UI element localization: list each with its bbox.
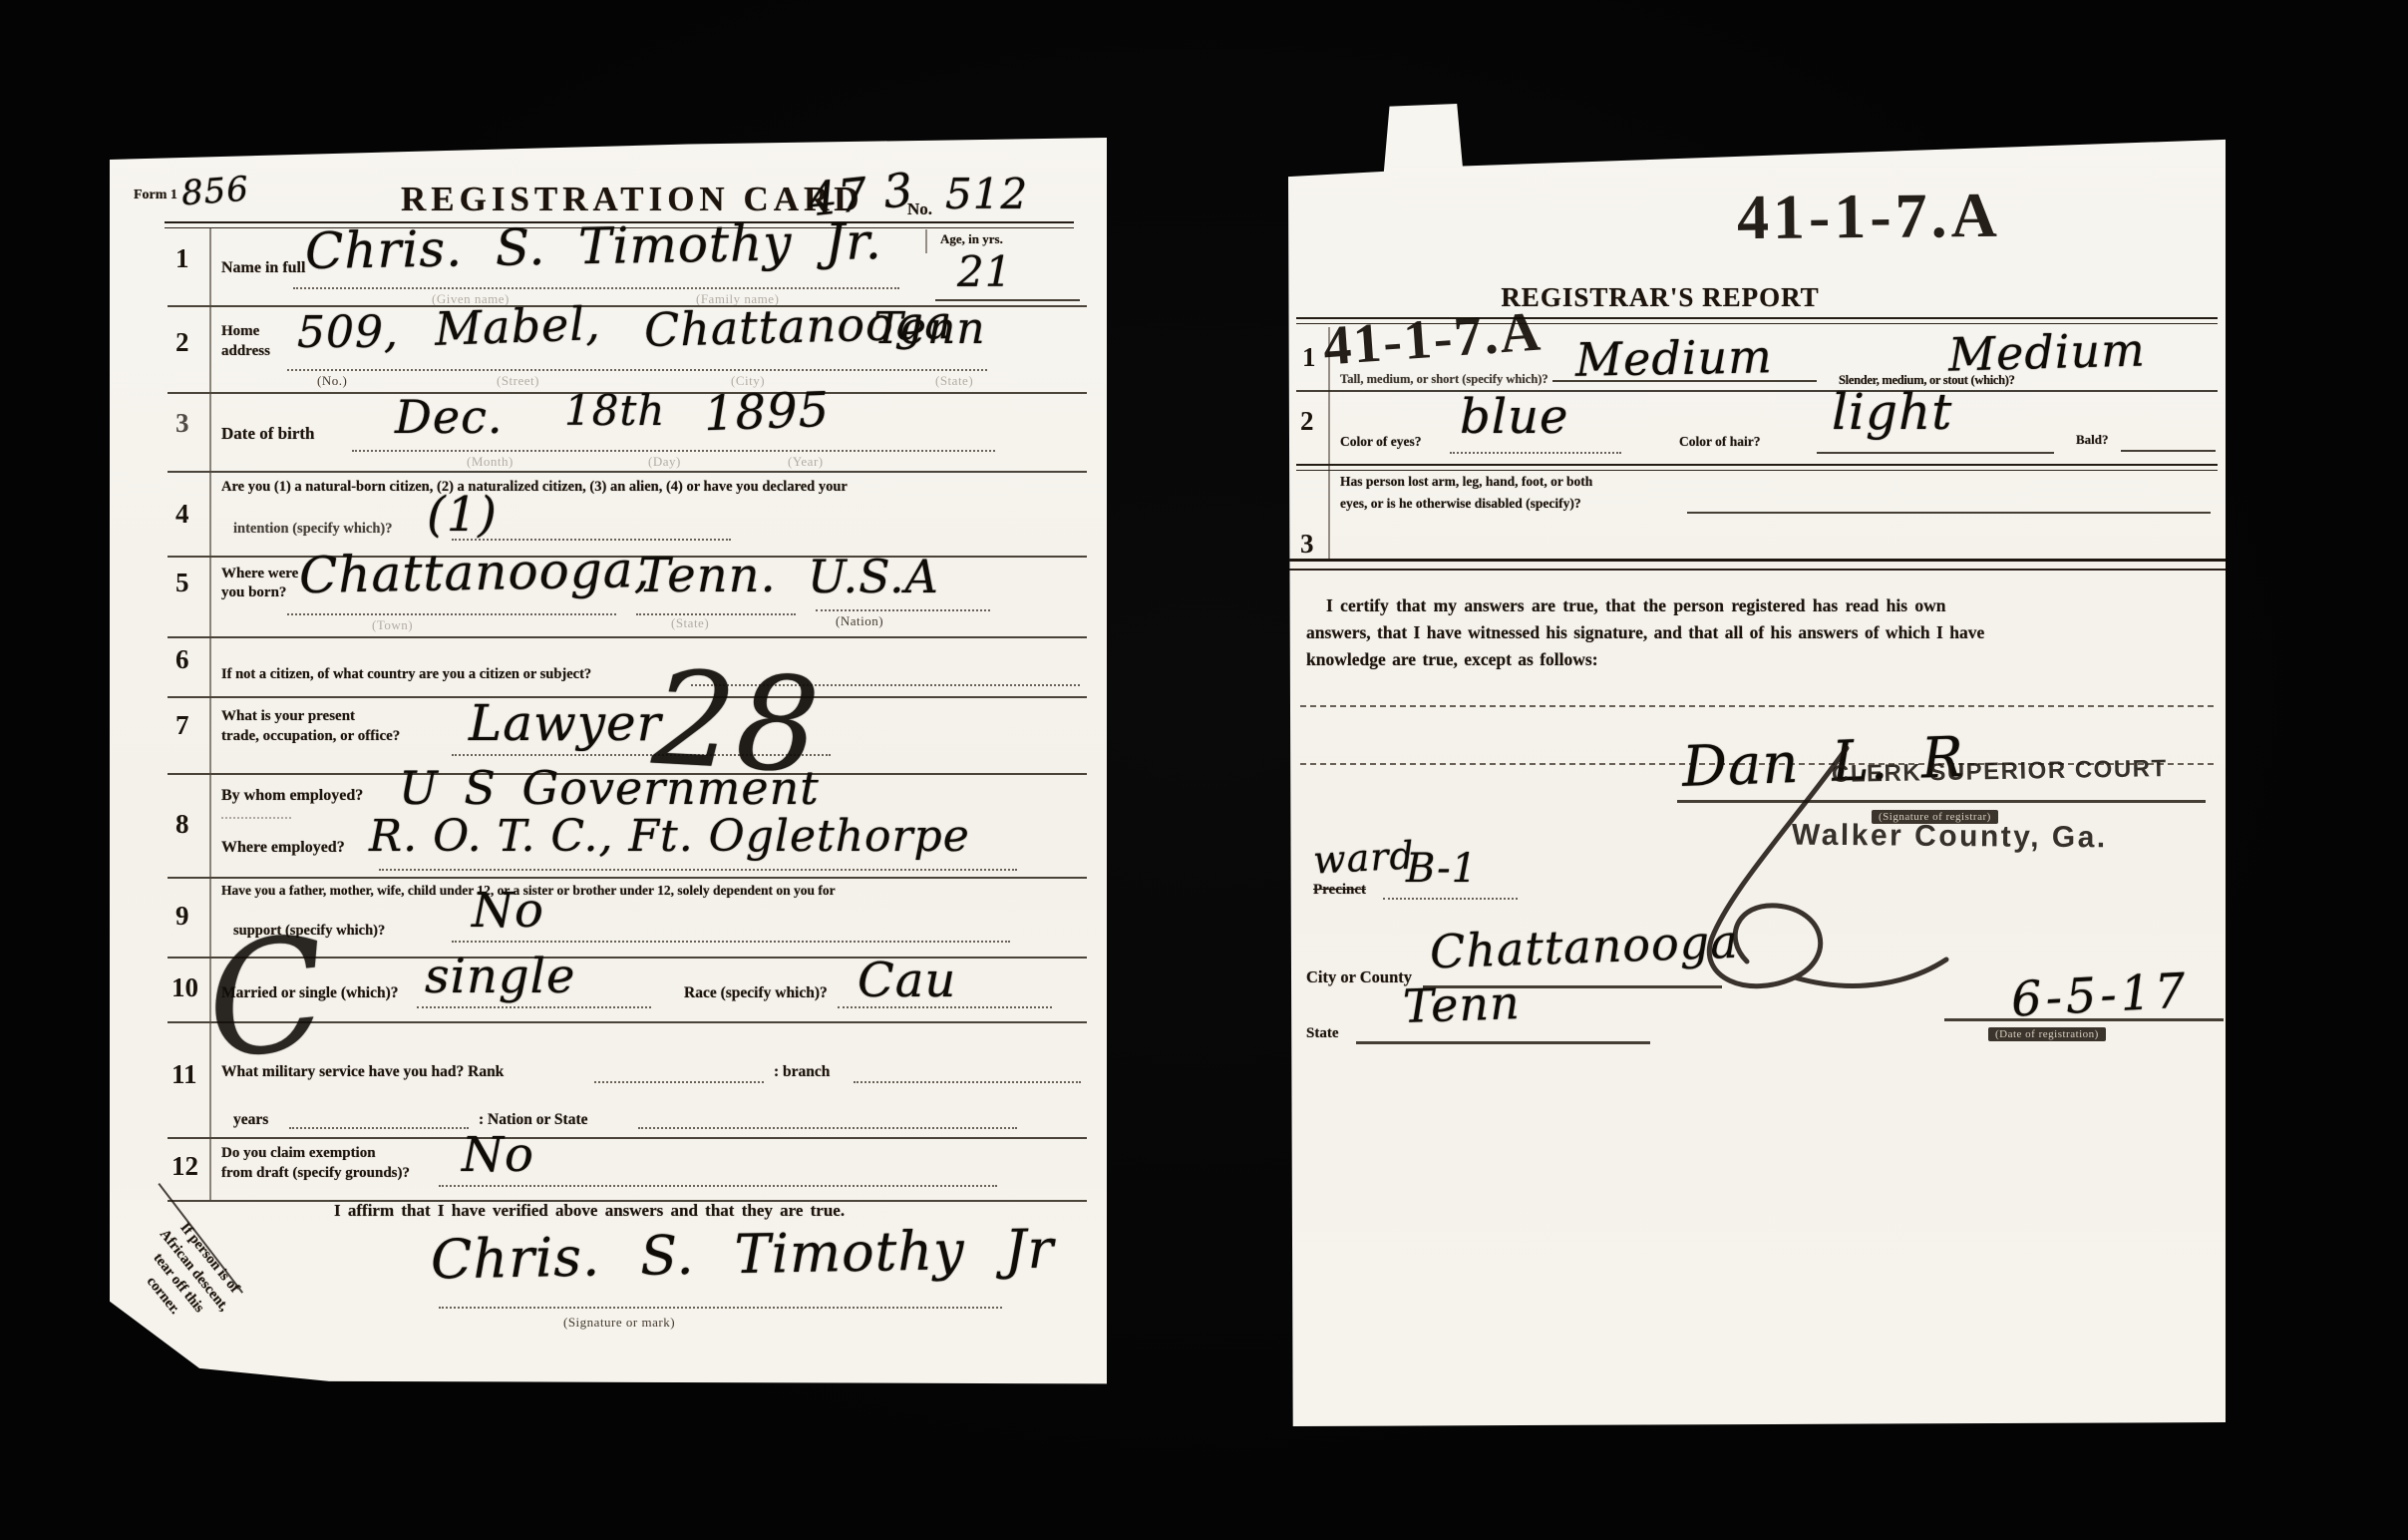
where-employed-label: Where employed? [221, 839, 345, 857]
date-sublabel: (Date of registration) [1988, 1027, 2106, 1041]
trade-answer: Lawyer [469, 694, 662, 752]
field-exemption: 12 Do you claim exemption from draft (sp… [168, 1139, 1087, 1202]
born-town-line [287, 613, 616, 615]
field-number: 8 [175, 809, 189, 840]
corner-note: If person is of African descent, tear of… [99, 1181, 275, 1372]
branch-answer-line [854, 1081, 1081, 1083]
married-answer-line [417, 1006, 651, 1008]
eyes-answer: blue [1460, 389, 1568, 445]
eyes-answer-line [1450, 452, 1621, 454]
where-born-label-line2: you born? [221, 584, 286, 601]
age-answer-line [935, 299, 1080, 301]
town-sublabel: (Town) [372, 617, 413, 633]
born-nation-answer: U.S.A [808, 550, 939, 603]
dependents-answer-line [452, 941, 1010, 943]
years-answer-line [289, 1127, 469, 1129]
state-label: State [1306, 1025, 1339, 1042]
address-street-answer: Mabel, [434, 296, 601, 356]
dob-label: Date of birth [221, 424, 314, 444]
hair-answer-line [1817, 452, 2054, 454]
bald-label: Bald? [2076, 432, 2109, 448]
registrant-signature: Chris. S. Timothy Jr [430, 1218, 1054, 1292]
certification-line3: knowledge are true, except as follows: [1306, 649, 1598, 670]
name-answer: Chris. S. Timothy Jr. [305, 212, 883, 280]
number-column-line [209, 473, 211, 556]
field-date-of-birth: 3 Date of birth Dec. 18th 1895 (Month) (… [168, 394, 1087, 473]
field-number: 6 [175, 644, 189, 675]
dob-year-answer: 1895 [703, 382, 831, 442]
where-employed-answer: R. O. T. C., Ft. Oglethorpe [369, 811, 970, 862]
address-answer-line [287, 369, 987, 371]
field-number: 5 [175, 568, 189, 598]
month-sublabel: (Month) [467, 454, 514, 470]
row2-divider [1296, 464, 2218, 471]
scanned-document-page: Form 1 856 REGISTRATION CARD 47 3 No. 51… [0, 0, 2408, 1540]
day-sublabel: (Day) [648, 454, 681, 470]
no-sublabel: (No.) [317, 373, 347, 389]
where-employed-line [379, 869, 1017, 871]
number-column-line [209, 558, 211, 636]
dob-day-answer: 18th [564, 386, 665, 435]
exemption-label-line2: from draft (specify grounds)? [221, 1165, 410, 1182]
field-number: 7 [175, 710, 189, 741]
signature-sublabel: (Signature or mark) [563, 1315, 675, 1331]
precinct-correction-handwriting: ward [1312, 833, 1416, 882]
number-column-line [209, 775, 211, 877]
field-home-address: 2 Home address 509, Mabel, Chattanooga T… [168, 307, 1087, 394]
born-nation-line [816, 609, 990, 611]
field-number: 11 [172, 1059, 197, 1090]
address-label: address [221, 343, 270, 360]
field-where-born: 5 Where were you born? Chattanooga, Tenn… [168, 558, 1087, 638]
state-answer: Tenn [1402, 975, 1521, 1033]
address-state-answer: Tenn [873, 303, 986, 354]
race-label: Race (specify which)? [684, 984, 828, 1002]
registrars-report-card: 41-1-7.A REGISTRAR'S REPORT 1 Tall, medi… [1288, 100, 2226, 1426]
years-label: years [233, 1111, 268, 1129]
field-number: 4 [175, 499, 189, 530]
form-number-handwritten: 856 [180, 170, 251, 214]
pen-flourish [1617, 738, 1976, 1037]
file-number-stamp: 41-1-7.A [1737, 179, 2001, 254]
exemption-answer-line [439, 1185, 997, 1187]
address-number-answer: 509, [297, 307, 399, 358]
report-field-number-2: 2 [1300, 406, 1314, 437]
year-sublabel: (Year) [788, 454, 824, 470]
employer-dashes [221, 817, 291, 819]
citizenship-question-line2: intention (specify which)? [233, 521, 393, 538]
field-number: 2 [175, 327, 189, 358]
precinct-answer-line [1383, 898, 1518, 900]
number-column-line [209, 227, 211, 305]
field-number: 12 [172, 1151, 198, 1182]
section-rule [1288, 559, 2226, 571]
age-label: Age, in yrs. [940, 231, 1003, 247]
home-label: Home [221, 323, 259, 340]
rank-answer-line [594, 1081, 764, 1083]
hair-answer: light [1832, 383, 1952, 441]
city-or-county-label: City or County [1306, 967, 1412, 987]
born-state-line [636, 613, 796, 615]
exemption-answer: No [462, 1127, 534, 1183]
number-column-line [209, 394, 211, 471]
certification-line2: answers, that I have witnessed his signa… [1306, 622, 1984, 643]
field-employer: 8 By whom employed? U S Government Where… [168, 775, 1087, 879]
city-or-county-answer: Chattanooga [1429, 915, 1739, 979]
dependents-answer: No [472, 883, 544, 939]
dob-answer-line [352, 450, 995, 452]
field-number: 10 [172, 972, 198, 1003]
field-number: 3 [175, 408, 189, 439]
age-divider-tick [925, 229, 927, 253]
build-answer: Medium [1947, 322, 2146, 381]
by-whom-employed-label: By whom employed? [221, 787, 363, 805]
disability-question-line1: Has person lost arm, leg, hand, foot, or… [1340, 474, 1592, 490]
date-answer-line [1944, 1018, 2224, 1021]
certification-line1: I certify that my answers are true, that… [1326, 595, 1946, 616]
born-town-answer: Chattanooga, [299, 541, 651, 604]
serial-number: 512 [945, 170, 1028, 218]
state-sublabel: (State) [671, 615, 709, 631]
report-field-number-3: 3 [1300, 529, 1314, 560]
bald-answer-line [2121, 450, 2216, 452]
overwritten-letter-c: C [198, 902, 336, 1094]
field-number: 9 [175, 901, 189, 932]
report-field-number-1: 1 [1302, 342, 1316, 373]
citizenship-question-line1: Are you (1) a natural-born citizen, (2) … [221, 479, 848, 496]
nation-answer-line [638, 1127, 1017, 1129]
number-column-line [209, 307, 211, 392]
disability-question-line2: eyes, or is he otherwise disabled (speci… [1340, 496, 1581, 512]
color-of-hair-label: Color of hair? [1679, 434, 1761, 450]
signature-line [439, 1307, 1002, 1309]
citizenship-answer: (1) [427, 487, 498, 543]
field-foreign-citizen: 6 If not a citizen, of what country are … [168, 638, 1087, 698]
precinct-label-struck: Precinct [1313, 882, 1366, 899]
state-answer-line [1356, 1041, 1650, 1044]
nation-sublabel: (Nation) [836, 613, 883, 629]
trade-label-line2: trade, occupation, or office? [221, 728, 400, 745]
row1-divider [1296, 390, 2218, 392]
no-label: No. [907, 199, 932, 219]
field-number: 1 [175, 243, 189, 274]
trade-label-line1: What is your present [221, 708, 355, 725]
age-answer: 21 [957, 247, 1012, 296]
color-of-eyes-label: Color of eyes? [1340, 434, 1421, 450]
branch-label: : branch [774, 1063, 830, 1081]
name-label: Name in full [221, 259, 305, 277]
precinct-answer: B-1 [1406, 846, 1478, 892]
exemption-label-line1: Do you claim exemption [221, 1145, 376, 1162]
where-born-label-line1: Where were [221, 566, 298, 582]
exception-blank-line1 [1300, 705, 2214, 707]
race-answer: Cau [858, 953, 956, 1008]
married-answer: single [425, 949, 575, 1004]
name-answer-line [293, 287, 899, 289]
number-column-line [209, 638, 211, 696]
number-column-line [209, 698, 211, 773]
born-state-answer: Tenn. [638, 548, 777, 603]
number-column-line [209, 1139, 211, 1200]
height-answer-line [1552, 380, 1817, 382]
form-label: Form 1 [134, 188, 177, 203]
foreign-citizen-label: If not a citizen, of what country are yo… [221, 666, 591, 683]
dob-month-answer: Dec. [395, 390, 504, 444]
registration-card: Form 1 856 REGISTRATION CARD 47 3 No. 51… [110, 98, 1107, 1386]
state-sublabel: (State) [935, 373, 973, 389]
overwritten-number-28: 28 [649, 642, 824, 803]
affirmation-text: I affirm that I have verified above answ… [334, 1201, 845, 1221]
disability-answer-line [1687, 512, 2211, 514]
street-sublabel: (Street) [497, 373, 539, 389]
height-answer: Medium [1575, 329, 1774, 386]
